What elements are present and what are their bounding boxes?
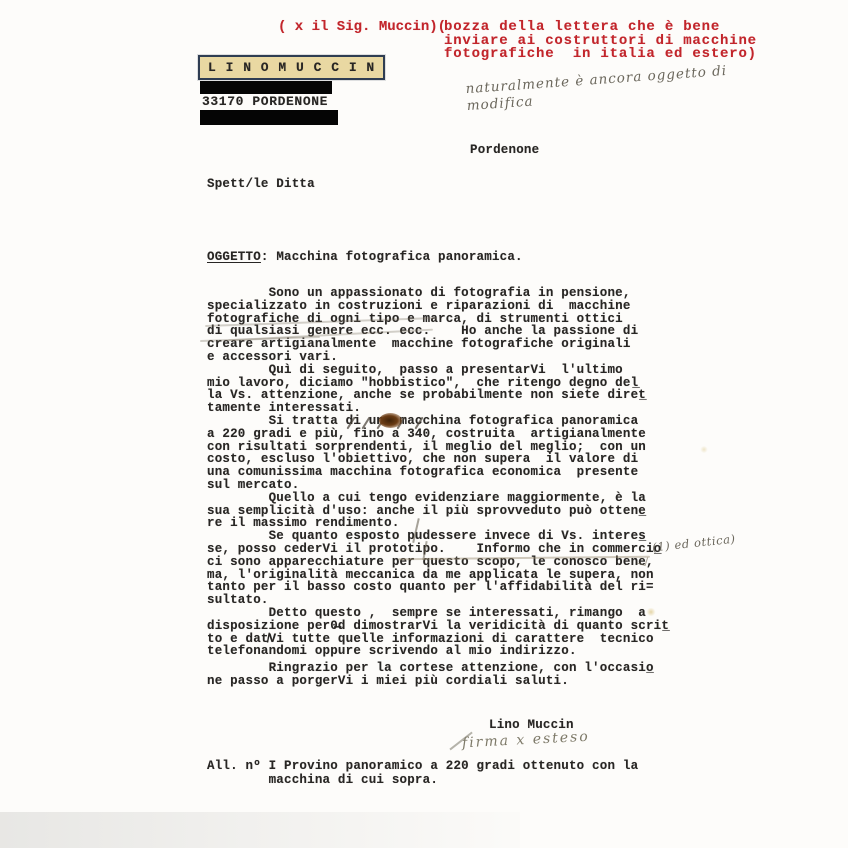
body-paragraph: Sono un appassionato di fotografia in pe…	[207, 287, 667, 364]
body-paragraph: Quello a cui tengo evidenziare maggiorme…	[207, 492, 667, 530]
scanned-letter-page: ( x il Sig. Muccin)( bozza della lettera…	[0, 0, 848, 848]
subject-label: OGGETTO	[207, 250, 261, 264]
red-annotation-prefix: ( x il Sig. Muccin)(	[278, 21, 446, 35]
attachment-note: All. nº I Provino panoramico a 220 gradi…	[207, 760, 638, 787]
handwritten-signature: firma x esteso	[462, 729, 590, 752]
letterhead-box: L I N O M U C C I N	[198, 55, 385, 80]
body-paragraph: Se quanto esposto pudessere invece di Vs…	[207, 530, 667, 607]
place-line: Pordenone	[470, 144, 539, 157]
body-paragraph: Detto questo , sempre se interessati, ri…	[207, 607, 667, 658]
body-paragraph: Ringrazio per la cortese attenzione, con…	[207, 662, 667, 688]
redaction-bar-top	[200, 81, 332, 94]
scan-edge-shading	[0, 812, 520, 848]
letterhead-postal-line: 33170 PORDENONE	[202, 94, 328, 109]
letter-body: Sono un appassionato di fotografia in pe…	[207, 287, 667, 688]
subject-text: : Macchina fotografica panoramica.	[261, 250, 523, 264]
handwritten-top-note: naturalmente è ancora oggetto di modific…	[465, 63, 729, 115]
salutation: Spett/le Ditta	[207, 178, 315, 191]
letterhead-name: L I N O M U C C I N	[208, 60, 375, 75]
paper-stain	[646, 608, 656, 616]
body-paragraph: Quì di seguito, passo a presentarVi l'ul…	[207, 364, 667, 415]
ink-blot	[379, 413, 402, 428]
redaction-bar-bottom	[200, 110, 338, 125]
paper-stain	[700, 446, 708, 453]
red-annotation-body: bozza della lettera che è bene inviare a…	[444, 21, 757, 62]
body-paragraph: Si tratta di una macchina fotografica pa…	[207, 415, 667, 492]
subject-line: OGGETTO: Macchina fotografica panoramica…	[207, 251, 523, 264]
